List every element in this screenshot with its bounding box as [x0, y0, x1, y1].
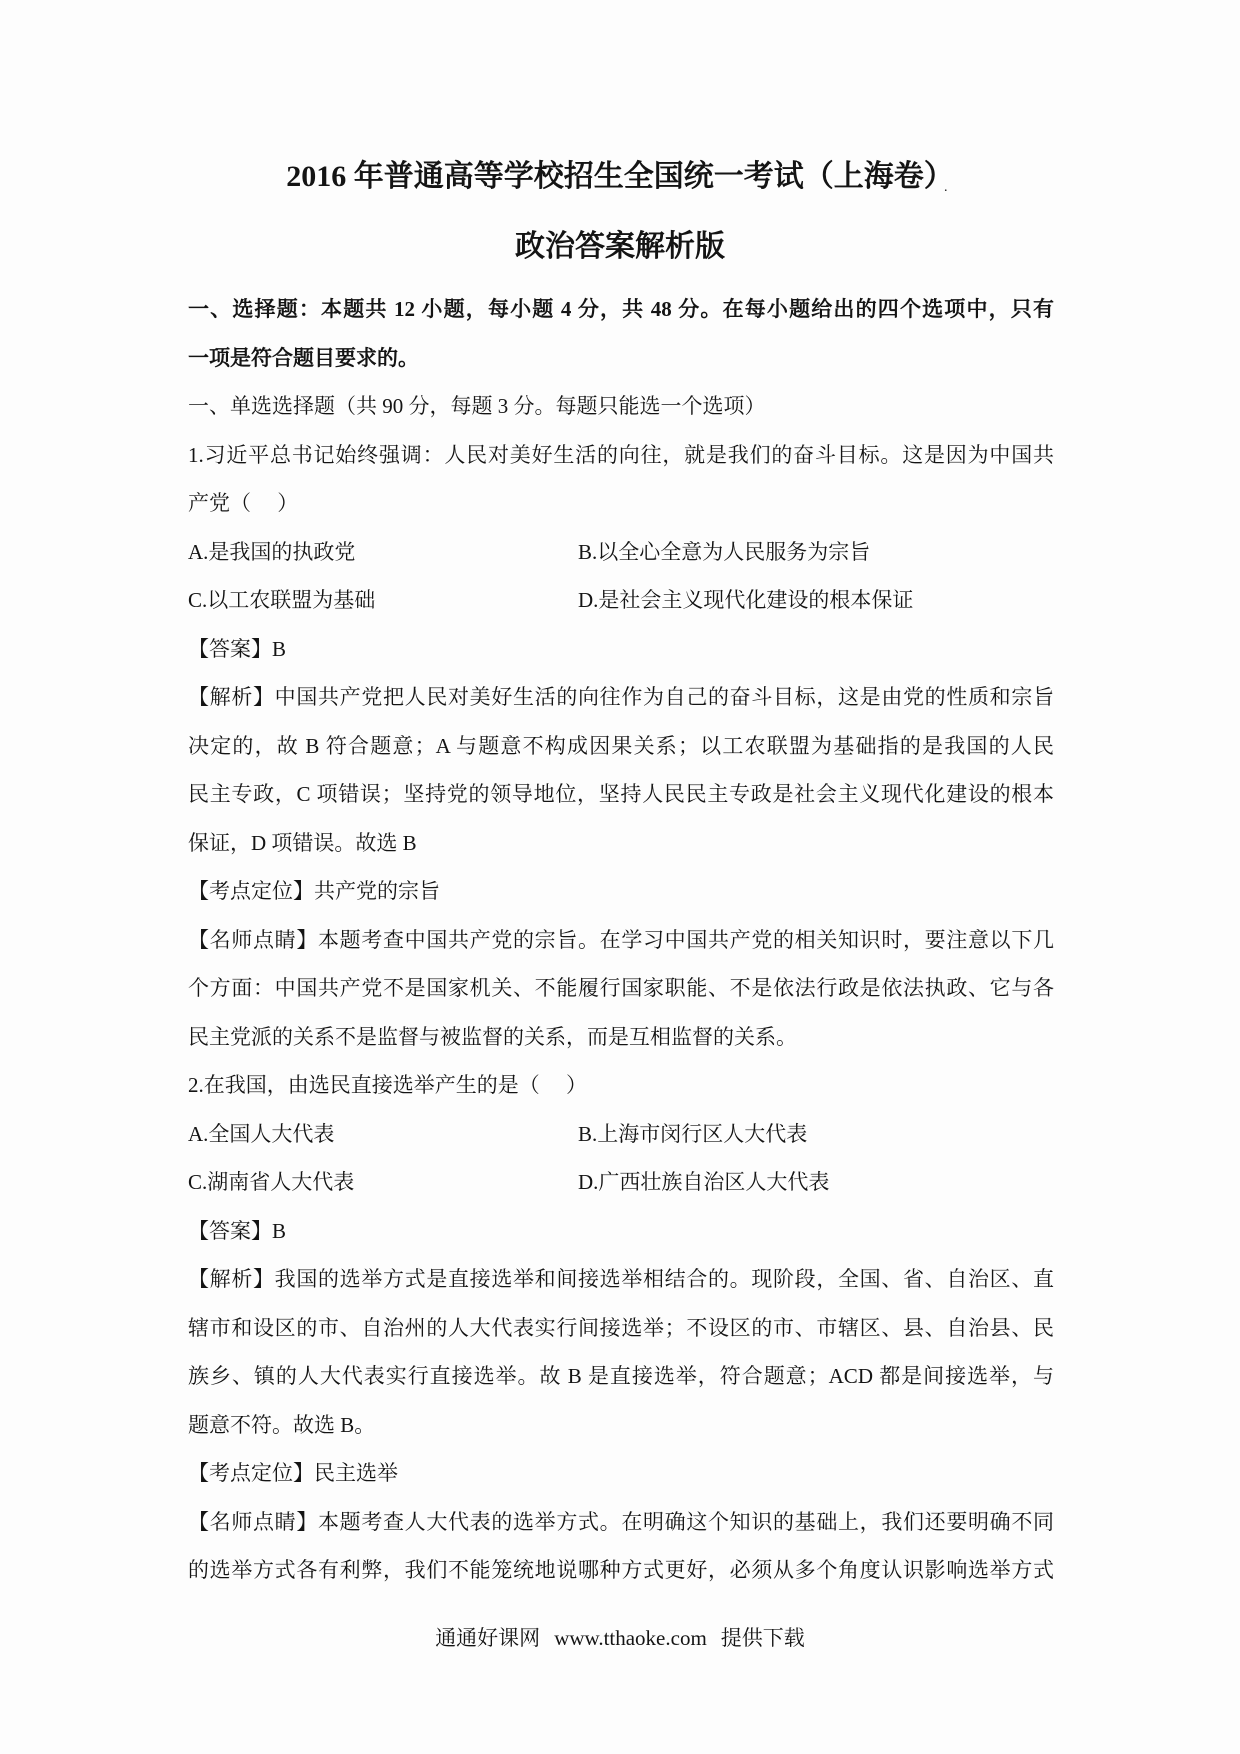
question-2-exam-point: 【考点定位】民主选举	[188, 1449, 1054, 1498]
instructions-line-2: 一项是符合题目要求的。	[188, 334, 1054, 383]
footer-url: www.tthaoke.com	[554, 1626, 707, 1650]
footer-site-name: 通通好课网	[435, 1626, 540, 1650]
page-footer: 通通好课网www.tthaoke.com提供下载	[0, 1613, 1240, 1663]
question-1-options-row-ab: A.是我国的执政党 B.以全心全意为人民服务为宗旨	[188, 528, 1054, 577]
question-2-option-c: C.湖南省人大代表	[188, 1170, 354, 1194]
question-2-option-d: D.广西壮族自治区人大代表	[578, 1158, 829, 1207]
question-2-analysis-line-3: 族乡、镇的人大代表实行直接选举。故 B 是直接选举，符合题意；ACD 都是间接选…	[188, 1352, 1054, 1401]
document-subtitle: 政治答案解析版	[0, 222, 1240, 272]
question-1-teacher-tip-line-1: 【名师点睛】本题考查中国共产党的宗旨。在学习中国共产党的相关知识时，要注意以下几	[188, 916, 1054, 965]
question-1-text-line-2: 产党（ ）	[188, 479, 1054, 528]
question-1-teacher-tip-line-2: 个方面：中国共产党不是国家机关、不能履行国家职能、不是依法行政是依法执政、它与各	[188, 964, 1054, 1013]
question-2-option-a: A.全国人大代表	[188, 1122, 334, 1146]
question-2-analysis-line-2: 辖市和设区的市、自治州的人大代表实行间接选举；不设区的市、市辖区、县、自治县、民	[188, 1304, 1054, 1353]
section-heading: 一、单选选择题（共 90 分，每题 3 分。每题只能选一个选项）	[188, 382, 1054, 431]
question-1-option-d: D.是社会主义现代化建设的根本保证	[578, 576, 913, 625]
document-title: 2016 年普通高等学校招生全国统一考试（上海卷）	[0, 152, 1240, 202]
footer-download-text: 提供下载	[721, 1626, 805, 1650]
question-1-option-a: A.是我国的执政党	[188, 540, 355, 564]
document-page: 2016 年普通高等学校招生全国统一考试（上海卷） . 政治答案解析版 一、选择…	[0, 0, 1240, 1754]
question-1-option-c: C.以工农联盟为基础	[188, 588, 375, 612]
question-1-teacher-tip-line-3: 民主党派的关系不是监督与被监督的关系，而是互相监督的关系。	[188, 1013, 1054, 1062]
question-1-exam-point: 【考点定位】共产党的宗旨	[188, 867, 1054, 916]
question-1-analysis-line-3: 民主专政，C 项错误；坚持党的领导地位，坚持人民民主专政是社会主义现代化建设的根…	[188, 770, 1054, 819]
question-1-option-b: B.以全心全意为人民服务为宗旨	[578, 528, 870, 577]
question-1-analysis-line-2: 决定的，故 B 符合题意；A 与题意不构成因果关系；以工农联盟为基础指的是我国的…	[188, 722, 1054, 771]
question-2-analysis-line-4: 题意不符。故选 B。	[188, 1401, 1054, 1450]
question-2-analysis-line-1: 【解析】我国的选举方式是直接选举和间接选举相结合的。现阶段，全国、省、自治区、直	[188, 1255, 1054, 1304]
question-1-analysis-line-1: 【解析】中国共产党把人民对美好生活的向往作为自己的奋斗目标，这是由党的性质和宗旨	[188, 673, 1054, 722]
question-2-answer: 【答案】B	[188, 1207, 1054, 1256]
document-body: 一、选择题：本题共 12 小题，每小题 4 分，共 48 分。在每小题给出的四个…	[188, 285, 1054, 1595]
title-trailing-dot: .	[944, 180, 948, 196]
question-1-analysis-line-4: 保证，D 项错误。故选 B	[188, 819, 1054, 868]
question-2-options-row-cd: C.湖南省人大代表 D.广西壮族自治区人大代表	[188, 1158, 1054, 1207]
question-2-teacher-tip-line-2: 的选举方式各有利弊，我们不能笼统地说哪种方式更好，必须从多个角度认识影响选举方式	[188, 1546, 1054, 1595]
question-2-options-row-ab: A.全国人大代表 B.上海市闵行区人大代表	[188, 1110, 1054, 1159]
question-1-text-line-1: 1.习近平总书记始终强调：人民对美好生活的向往，就是我们的奋斗目标。这是因为中国…	[188, 431, 1054, 480]
instructions-line-1: 一、选择题：本题共 12 小题，每小题 4 分，共 48 分。在每小题给出的四个…	[188, 285, 1054, 334]
question-1-answer: 【答案】B	[188, 625, 1054, 674]
question-1-options-row-cd: C.以工农联盟为基础 D.是社会主义现代化建设的根本保证	[188, 576, 1054, 625]
question-2-teacher-tip-line-1: 【名师点睛】本题考查人大代表的选举方式。在明确这个知识的基础上，我们还要明确不同	[188, 1498, 1054, 1547]
question-2-text: 2.在我国，由选民直接选举产生的是（ ）	[188, 1061, 1054, 1110]
question-2-option-b: B.上海市闵行区人大代表	[578, 1110, 807, 1159]
